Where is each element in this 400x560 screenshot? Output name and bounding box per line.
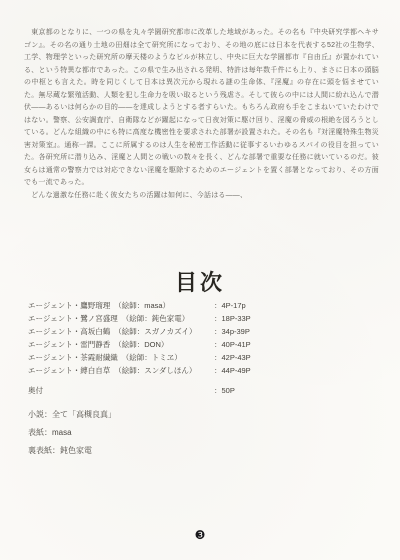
toc-row: エージェント・茶霞耐繊織 （絵師：トミヱ） ：42P-43P	[28, 351, 373, 364]
toc-entry-name: エージェント・鷺ノ宮盛理	[28, 313, 118, 324]
toc-entry-name: エージェント・雷門静香	[28, 339, 110, 350]
toc-entry-title: エージェント・茶霞耐繊織 （絵師：トミヱ）	[28, 352, 214, 363]
intro-text-block: 東京都のとなりに、一つの県を丸々学園研究都市に改革した地域があった。その名も『中…	[24, 27, 379, 202]
toc-entry-name: エージェント・縛白自草	[28, 365, 110, 376]
scanned-document-page: 東京都のとなりに、一つの県を丸々学園研究都市に改革した地域があった。その名も『中…	[0, 0, 400, 560]
toc-row: エージェント・雷門静香 （絵師：DON） ：40P-41P	[28, 338, 373, 351]
toc-entry-name: エージェント・高坂白鶴	[28, 326, 110, 337]
credit-back-cover: 裏表紙：鈍色家電	[28, 442, 116, 460]
toc-entry-title: エージェント・縛白自草 （絵師：スンダしほん）	[28, 365, 214, 376]
toc-entry-artist: （絵師：DON）	[114, 339, 168, 350]
toc-entry-title: エージェント・鷺ノ宮盛理 （絵師：鈍色家電）	[28, 313, 214, 324]
toc-entry-artist: （絵師：masa）	[114, 300, 170, 311]
toc-entry-title: 奥付	[28, 385, 214, 396]
toc-entry-artist: （絵師：スンダしほん）	[114, 365, 196, 376]
credits-block: 小説：全て「高槻良真」 表紙：masa 裏表紙：鈍色家電	[28, 406, 116, 460]
toc-entry-pages: ：18P-33P	[214, 313, 251, 324]
toc-entry-pages: ：40P-41P	[214, 339, 251, 350]
toc-entry-name: エージェント・茶霞耐繊織	[28, 352, 118, 363]
toc-entry-artist: （絵師：鈍色家電）	[122, 313, 190, 324]
toc-list: エージェント・鷹野瑠理 （絵師：masa） ：4P-17p エージェント・鷺ノ宮…	[28, 299, 373, 397]
toc-entry-pages: ：4P-17p	[214, 300, 246, 311]
toc-entry-pages: ：44P-49P	[214, 365, 251, 376]
page-number: ❸	[0, 528, 400, 542]
credit-novel: 小説：全て「高槻良真」	[28, 406, 116, 424]
intro-closing-line: どんな過激な任務に赴く彼女たちの活躍は如何に、今話はる――、	[24, 190, 379, 203]
toc-entry-name: 奥付	[28, 385, 43, 396]
toc-row: エージェント・鷹野瑠理 （絵師：masa） ：4P-17p	[28, 299, 373, 312]
toc-entry-pages: ：50P	[214, 385, 235, 396]
toc-row: エージェント・高坂白鶴 （絵師：スガノカズイ） ：34p-39P	[28, 325, 373, 338]
toc-row-colophon: 奥付 ：50P	[28, 384, 373, 397]
toc-entry-pages: ：34p-39P	[214, 326, 250, 337]
toc-entry-name: エージェント・鷹野瑠理	[28, 300, 110, 311]
toc-entry-artist: （絵師：トミヱ）	[122, 352, 182, 363]
credit-cover: 表紙：masa	[28, 424, 116, 442]
toc-heading: 目次	[0, 266, 400, 297]
toc-entry-title: エージェント・雷門静香 （絵師：DON）	[28, 339, 214, 350]
toc-entry-title: エージェント・鷹野瑠理 （絵師：masa）	[28, 300, 214, 311]
toc-entry-pages: ：42P-43P	[214, 352, 251, 363]
toc-entry-artist: （絵師：スガノカズイ）	[114, 326, 196, 337]
toc-row: エージェント・縛白自草 （絵師：スンダしほん） ：44P-49P	[28, 364, 373, 377]
toc-row: エージェント・鷺ノ宮盛理 （絵師：鈍色家電） ：18P-33P	[28, 312, 373, 325]
toc-entry-title: エージェント・高坂白鶴 （絵師：スガノカズイ）	[28, 326, 214, 337]
intro-paragraph: 東京都のとなりに、一つの県を丸々学園研究都市に改革した地域があった。その名も『中…	[24, 27, 379, 190]
